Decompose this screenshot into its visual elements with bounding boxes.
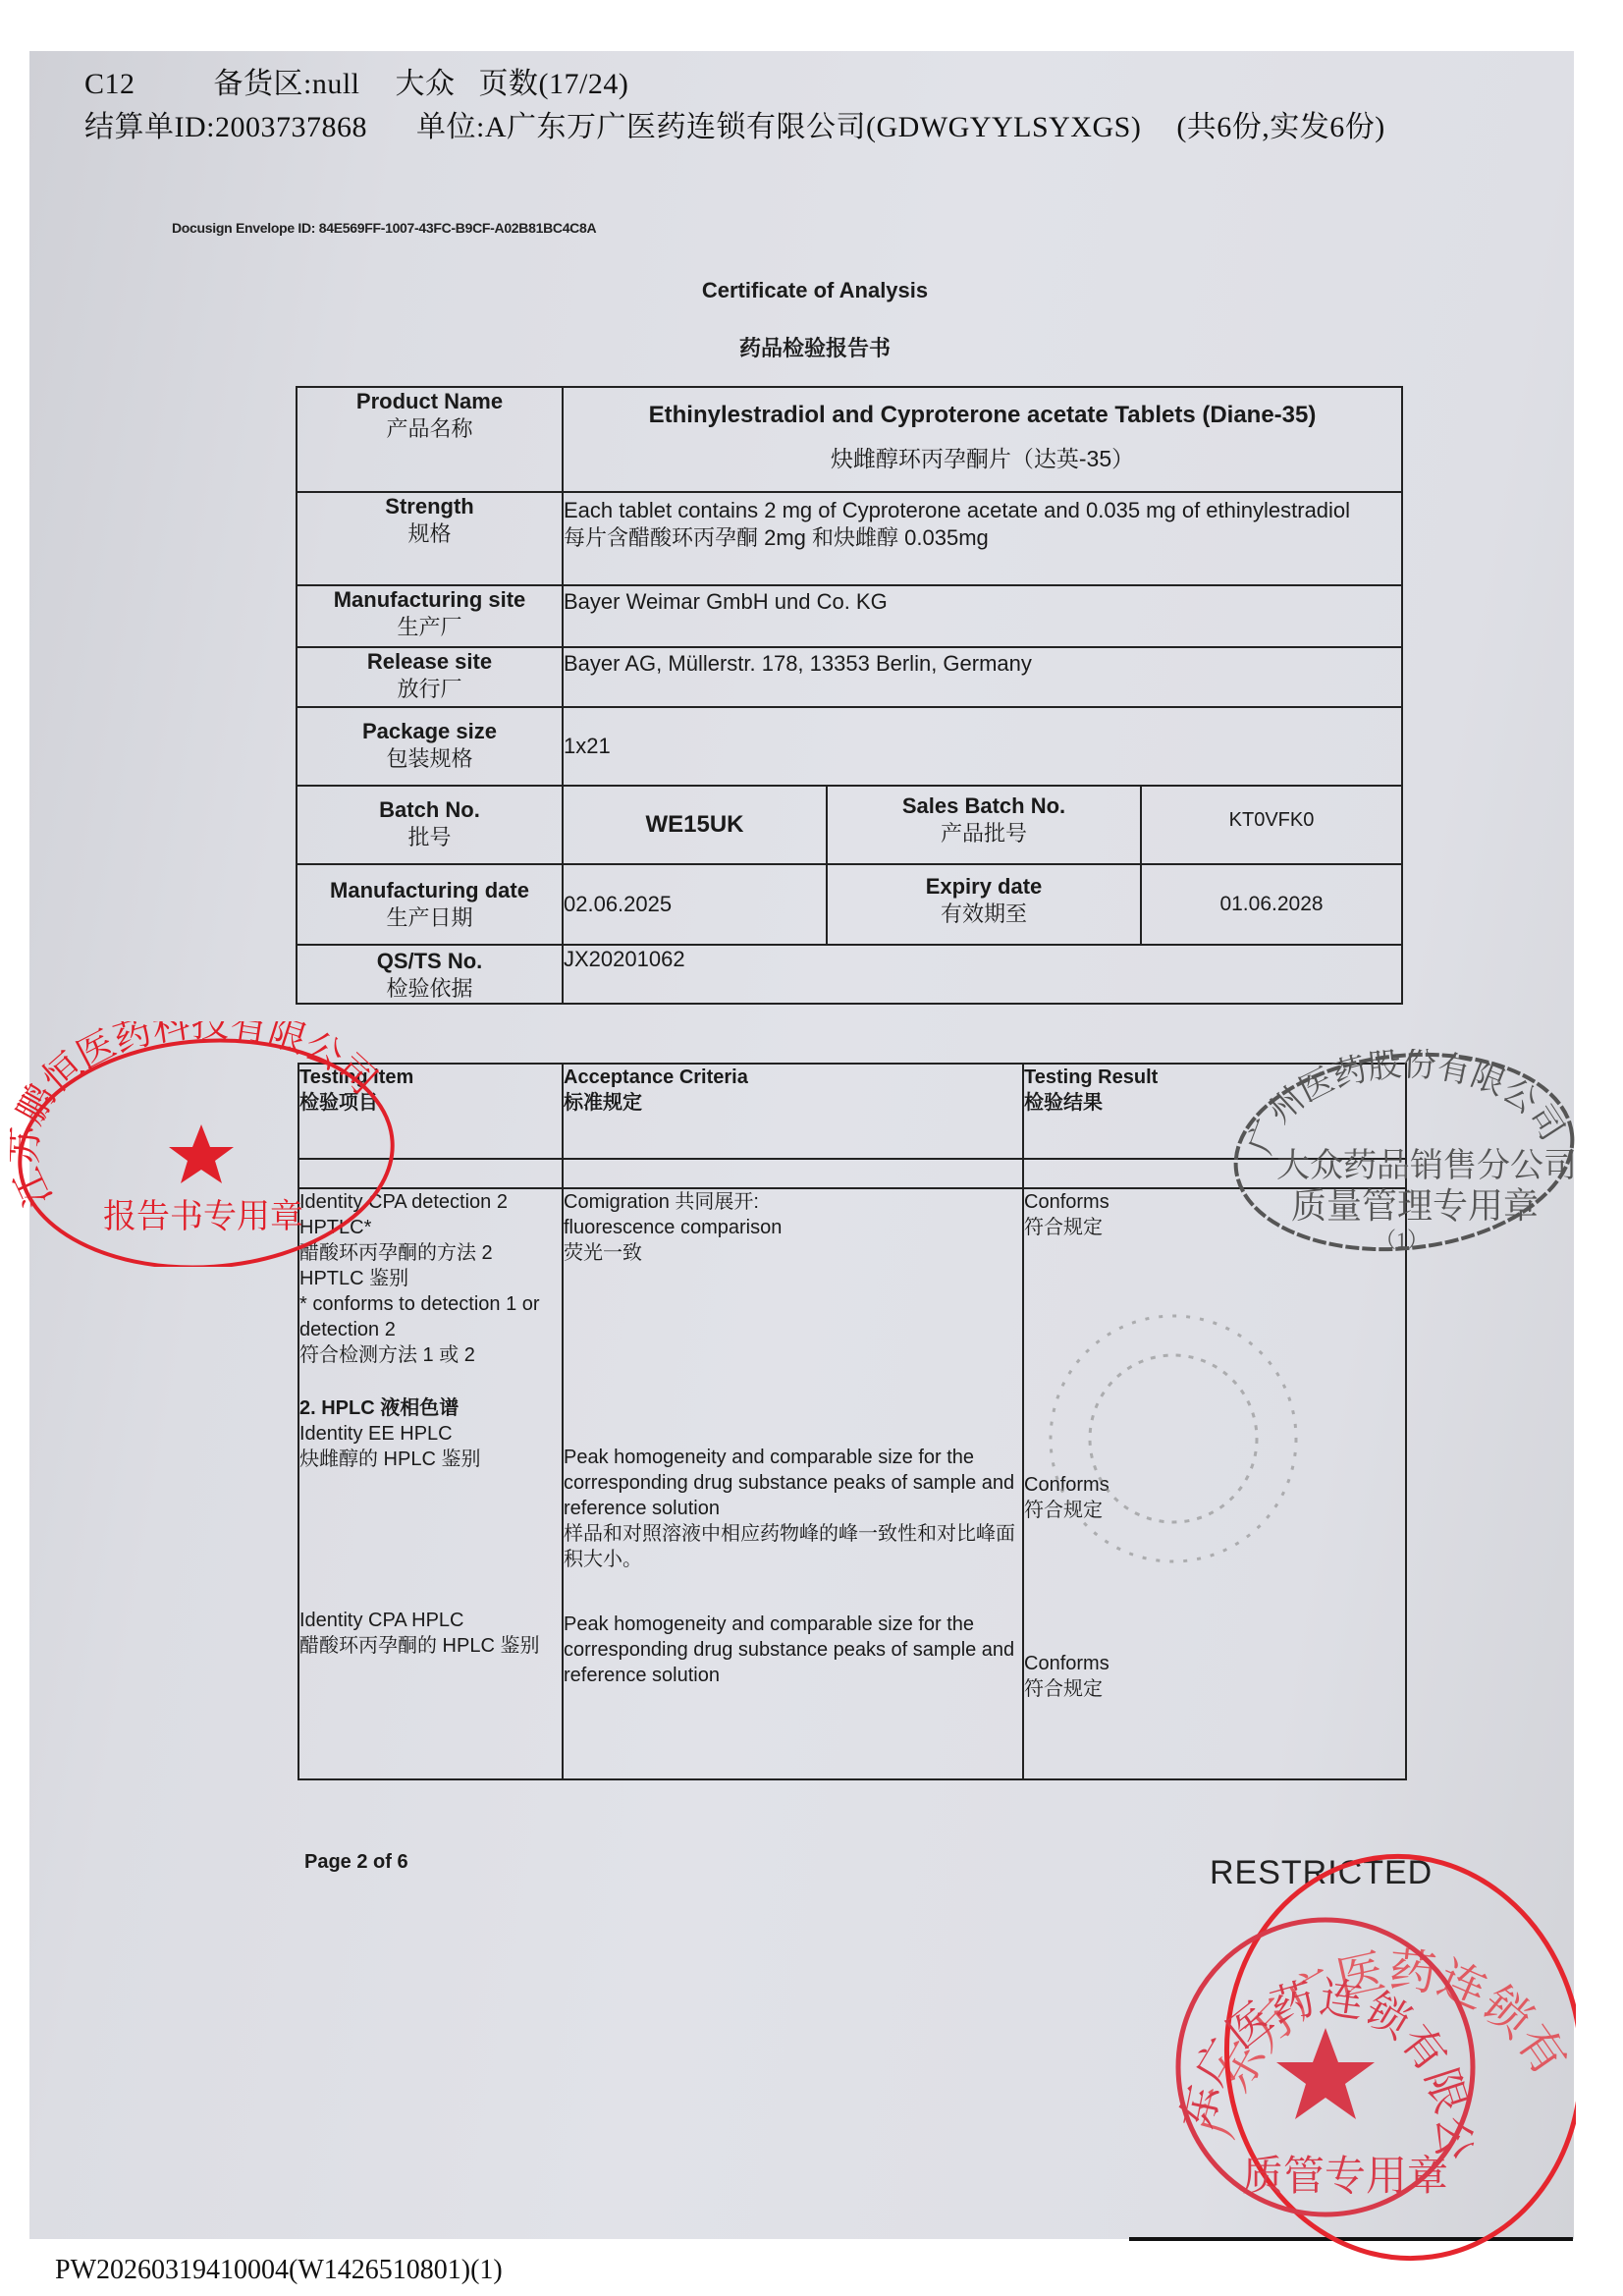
row-release-site: Release site放行厂 Bayer AG, Müllerstr. 178… [297,647,1402,707]
row-package-size: Package size包装规格 1x21 [297,707,1402,786]
header-customer: 大众 [396,68,456,100]
label-release-site-cn: 放行厂 [298,676,562,703]
footer-code: PW20260319410004(W1426510801)(1) [55,2255,503,2286]
qs-ts-no-value: JX20201062 [563,945,1402,1004]
label-strength: Strength [298,493,562,520]
header-unit: 单位:A广东万广医药连锁有限公司(GDWGYYLSYXGS) [416,111,1141,143]
title-cn: 药品检验报告书 [520,332,1109,362]
label-manufacturing-site-cn: 生产厂 [298,614,562,641]
header-code: C12 [84,68,135,100]
label-manufacturing-date: Manufacturing date [298,877,562,904]
row-qs-ts: QS/TS No.检验依据 JX20201062 [297,945,1402,1004]
label-package-size: Package size [298,718,562,745]
results-header-row: Testing item检验项目 Acceptance Criteria标准规定… [298,1064,1406,1159]
label-sales-batch-no-cn: 产品批号 [828,820,1140,847]
product-name-value-cn: 炔雌醇环丙孕酮片（达英-35） [564,441,1401,473]
test-item-3: Identity CPA HPLC 醋酸环丙孕酮的 HPLC 鉴别 [299,1608,562,1659]
section-hplc: 2. HPLC 液相色谱 [299,1395,562,1421]
print-header-line2: 结算单ID:2003737868单位:A广东万广医药连锁有限公司(GDWGYYL… [84,102,1385,145]
test-results-table: Testing item检验项目 Acceptance Criteria标准规定… [298,1063,1407,1780]
label-expiry-date-cn: 有效期至 [828,901,1140,928]
release-site-value: Bayer AG, Müllerstr. 178, 13353 Berlin, … [563,647,1402,707]
row-strength: Strength规格 Each tablet contains 2 mg of … [297,492,1402,585]
label-qs-ts-no: QS/TS No. [298,948,562,975]
label-manufacturing-site: Manufacturing site [298,586,562,614]
label-batch-no: Batch No. [298,796,562,824]
title-en: Certificate of Analysis [520,278,1109,303]
manufacturing-date-value: 02.06.2025 [563,864,827,945]
batch-no-value: WE15UK [563,786,827,864]
docusign-envelope-id: Docusign Envelope ID: 84E569FF-1007-43FC… [172,220,596,236]
print-header-line1: C12备货区:null大众页数(17/24) [84,59,628,102]
expiry-date-value: 01.06.2028 [1141,864,1402,945]
package-size-value: 1x21 [563,707,1402,786]
row-product-name: Product Name产品名称 Ethinylestradiol and Cy… [297,387,1402,492]
header-acceptance-criteria: Acceptance Criteria [564,1065,1022,1090]
criteria-1: Comigration 共同展开: fluorescence compariso… [564,1189,1022,1266]
test-item-2: Identity EE HPLC 炔雌醇的 HPLC 鉴别 [299,1421,562,1472]
header-area: 备货区:null [214,68,360,100]
page-indicator: Page 2 of 6 [304,1851,408,1874]
results-spacer-row [298,1159,1406,1188]
header-copies: (共6份,实发6份) [1176,111,1384,143]
strength-value-cn: 每片含醋酸环丙孕酮 2mg 和炔雌醇 0.035mg [564,524,1401,552]
header-testing-result-cn: 检验结果 [1024,1090,1405,1116]
restricted-label: RESTRICTED [1210,1854,1433,1892]
header-acceptance-criteria-cn: 标准规定 [564,1090,1022,1116]
label-qs-ts-no-cn: 检验依据 [298,975,562,1003]
criteria-3: Peak homogeneity and comparable size for… [564,1612,1022,1688]
label-batch-no-cn: 批号 [298,824,562,851]
header-testing-result: Testing Result [1024,1065,1405,1090]
row-batch: Batch No.批号 WE15UK Sales Batch No.产品批号 K… [297,786,1402,864]
test-item-1: Identity CPA detection 2 HPTLC* 醋酸环丙孕酮的方… [299,1189,562,1368]
result-3: Conforms 符合规定 [1024,1651,1405,1702]
label-package-size-cn: 包装规格 [298,745,562,773]
label-product-name: Product Name [298,388,562,415]
results-body-row: Identity CPA detection 2 HPTLC* 醋酸环丙孕酮的方… [298,1188,1406,1779]
label-product-name-cn: 产品名称 [298,415,562,443]
label-expiry-date: Expiry date [828,873,1140,901]
header-settlement-id: 结算单ID:2003737868 [84,111,367,143]
row-dates: Manufacturing date生产日期 02.06.2025 Expiry… [297,864,1402,945]
sales-batch-no-value: KT0VFK0 [1141,786,1402,864]
product-info-table: Product Name产品名称 Ethinylestradiol and Cy… [296,386,1403,1005]
header-testing-item-cn: 检验项目 [299,1090,562,1116]
result-1: Conforms 符合规定 [1024,1189,1405,1240]
label-sales-batch-no: Sales Batch No. [828,793,1140,820]
criteria-2: Peak homogeneity and comparable size for… [564,1445,1022,1572]
manufacturing-site-value: Bayer Weimar GmbH und Co. KG [563,585,1402,647]
label-manufacturing-date-cn: 生产日期 [298,904,562,932]
scan-edge-line [1129,2237,1573,2241]
label-release-site: Release site [298,648,562,676]
header-pages: 页数(17/24) [479,68,629,100]
product-name-value: Ethinylestradiol and Cyproterone acetate… [564,402,1401,429]
result-2: Conforms 符合规定 [1024,1472,1405,1523]
row-manufacturing-site: Manufacturing site生产厂 Bayer Weimar GmbH … [297,585,1402,647]
strength-value: Each tablet contains 2 mg of Cyproterone… [564,497,1401,524]
header-testing-item: Testing item [299,1065,562,1090]
label-strength-cn: 规格 [298,520,562,548]
